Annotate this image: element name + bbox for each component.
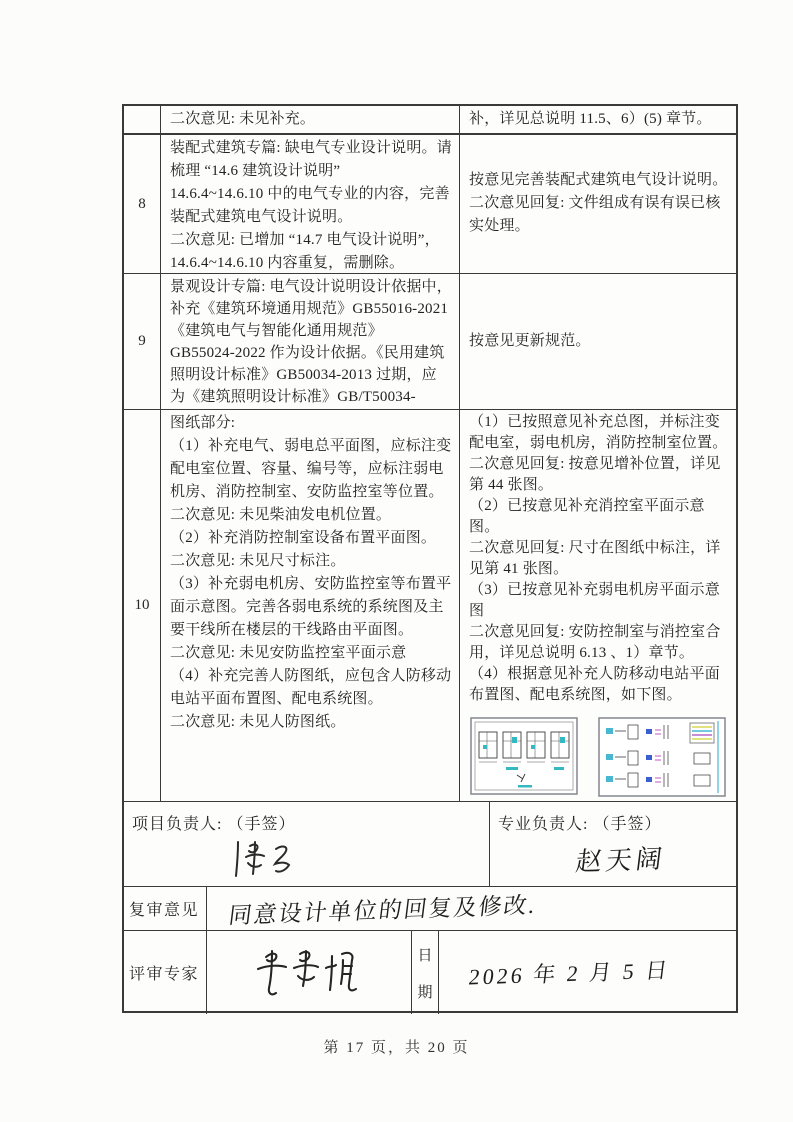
- specialty-leader-signature: 赵天阔: [574, 838, 669, 878]
- date-label-bottom: 期: [417, 981, 432, 1002]
- table-row-9: 9 景观设计专篇: 电气设计说明设计依据中，补充《建筑环境通用规范》GB5501…: [124, 274, 736, 410]
- reply-cell: 按意见完善装配式建筑电气设计说明。 二次意见回复: 文件组成有误有误已核实处理。: [460, 135, 736, 273]
- reply-cell: 补，详见总说明 11.5、6）(5) 章节。: [460, 106, 736, 133]
- leaders-signature-row: 项目负责人: （手签） 专业负责人: （手签） 赵天阔: [124, 802, 736, 887]
- reply-text: 按意见更新规范。: [460, 274, 736, 354]
- plan-thumbnail: [470, 717, 578, 795]
- date-value-cell: 2026 年 2 月 5 日: [439, 931, 736, 1014]
- review-expert-signature-cell: [207, 931, 412, 1014]
- re-review-comment: 同意设计单位的回复及修改.: [227, 887, 539, 930]
- project-leader-cell: 项目负责人: （手签）: [124, 802, 490, 886]
- date-label-cell: 日 期: [412, 931, 439, 1014]
- opinion-cell: 装配式建筑专篇: 缺电气专业设计说明。请梳理 “14.6 建筑设计说明” 14.…: [161, 135, 460, 273]
- date-label-top: 日: [417, 944, 432, 965]
- attached-figures: [470, 717, 736, 797]
- wiring-diagram-thumbnail: [598, 717, 726, 797]
- project-leader-signature: [228, 836, 300, 880]
- opinion-cell: 二次意见: 未见补充。: [161, 106, 460, 133]
- re-review-label: 复审意见: [124, 887, 207, 930]
- row-number-cell: 10: [124, 410, 161, 801]
- reply-text: 按意见完善装配式建筑电气设计说明。 二次意见回复: 文件组成有误有误已核实处理。: [460, 135, 736, 240]
- table-row-8: 8 装配式建筑专篇: 缺电气专业设计说明。请梳理 “14.6 建筑设计说明” 1…: [124, 135, 736, 274]
- row-number-cell: [124, 106, 161, 133]
- reply-text: 补，详见总说明 11.5、6）(5) 章节。: [460, 106, 736, 133]
- review-expert-row: 评审专家: [124, 931, 736, 1014]
- specialty-leader-cell: 专业负责人: （手签） 赵天阔: [490, 802, 736, 886]
- review-table: 二次意见: 未见补充。 补，详见总说明 11.5、6）(5) 章节。 8 装配式…: [122, 104, 738, 1013]
- project-leader-label: 项目负责人: （手签）: [132, 811, 481, 834]
- re-review-opinion-row: 复审意见 同意设计单位的回复及修改.: [124, 887, 736, 931]
- opinion-text: 装配式建筑专篇: 缺电气专业设计说明。请梳理 “14.6 建筑设计说明” 14.…: [161, 135, 459, 273]
- review-expert-signature: [248, 943, 370, 1003]
- reply-cell: 按意见更新规范。: [460, 274, 736, 409]
- opinion-cell: 景观设计专篇: 电气设计说明设计依据中，补充《建筑环境通用规范》GB55016-…: [161, 274, 460, 409]
- opinion-text: 二次意见: 未见补充。: [161, 106, 459, 133]
- reply-text: （1）已按照意见补充总图，并标注变配电室，弱电机房，消防控制室位置。 二次意见回…: [460, 410, 736, 708]
- reply-cell: （1）已按照意见补充总图，并标注变配电室，弱电机房，消防控制室位置。 二次意见回…: [460, 410, 736, 801]
- row-number-cell: 8: [124, 135, 161, 273]
- table-row-10: 10 图纸部分: （1）补充电气、弱电总平面图，应标注变配电室位置、容量、编号等…: [124, 410, 736, 802]
- scanned-review-page: 二次意见: 未见补充。 补，详见总说明 11.5、6）(5) 章节。 8 装配式…: [0, 0, 793, 1122]
- date-value: 2026 年 2 月 5 日: [467, 953, 672, 991]
- re-review-comment-cell: 同意设计单位的回复及修改.: [207, 887, 736, 930]
- opinion-text: 景观设计专篇: 电气设计说明设计依据中，补充《建筑环境通用规范》GB55016-…: [161, 274, 459, 409]
- row-number-cell: 9: [124, 274, 161, 409]
- table-row-continuation: 二次意见: 未见补充。 补，详见总说明 11.5、6）(5) 章节。: [124, 106, 736, 135]
- page-footer: 第 17 页，共 20 页: [0, 1036, 793, 1057]
- specialty-leader-label: 专业负责人: （手签）: [498, 811, 728, 834]
- opinion-cell: 图纸部分: （1）补充电气、弱电总平面图，应标注变配电室位置、容量、编号等，应标…: [161, 410, 460, 801]
- review-expert-label: 评审专家: [124, 931, 207, 1014]
- opinion-text: 图纸部分: （1）补充电气、弱电总平面图，应标注变配电室位置、容量、编号等，应标…: [161, 410, 459, 736]
